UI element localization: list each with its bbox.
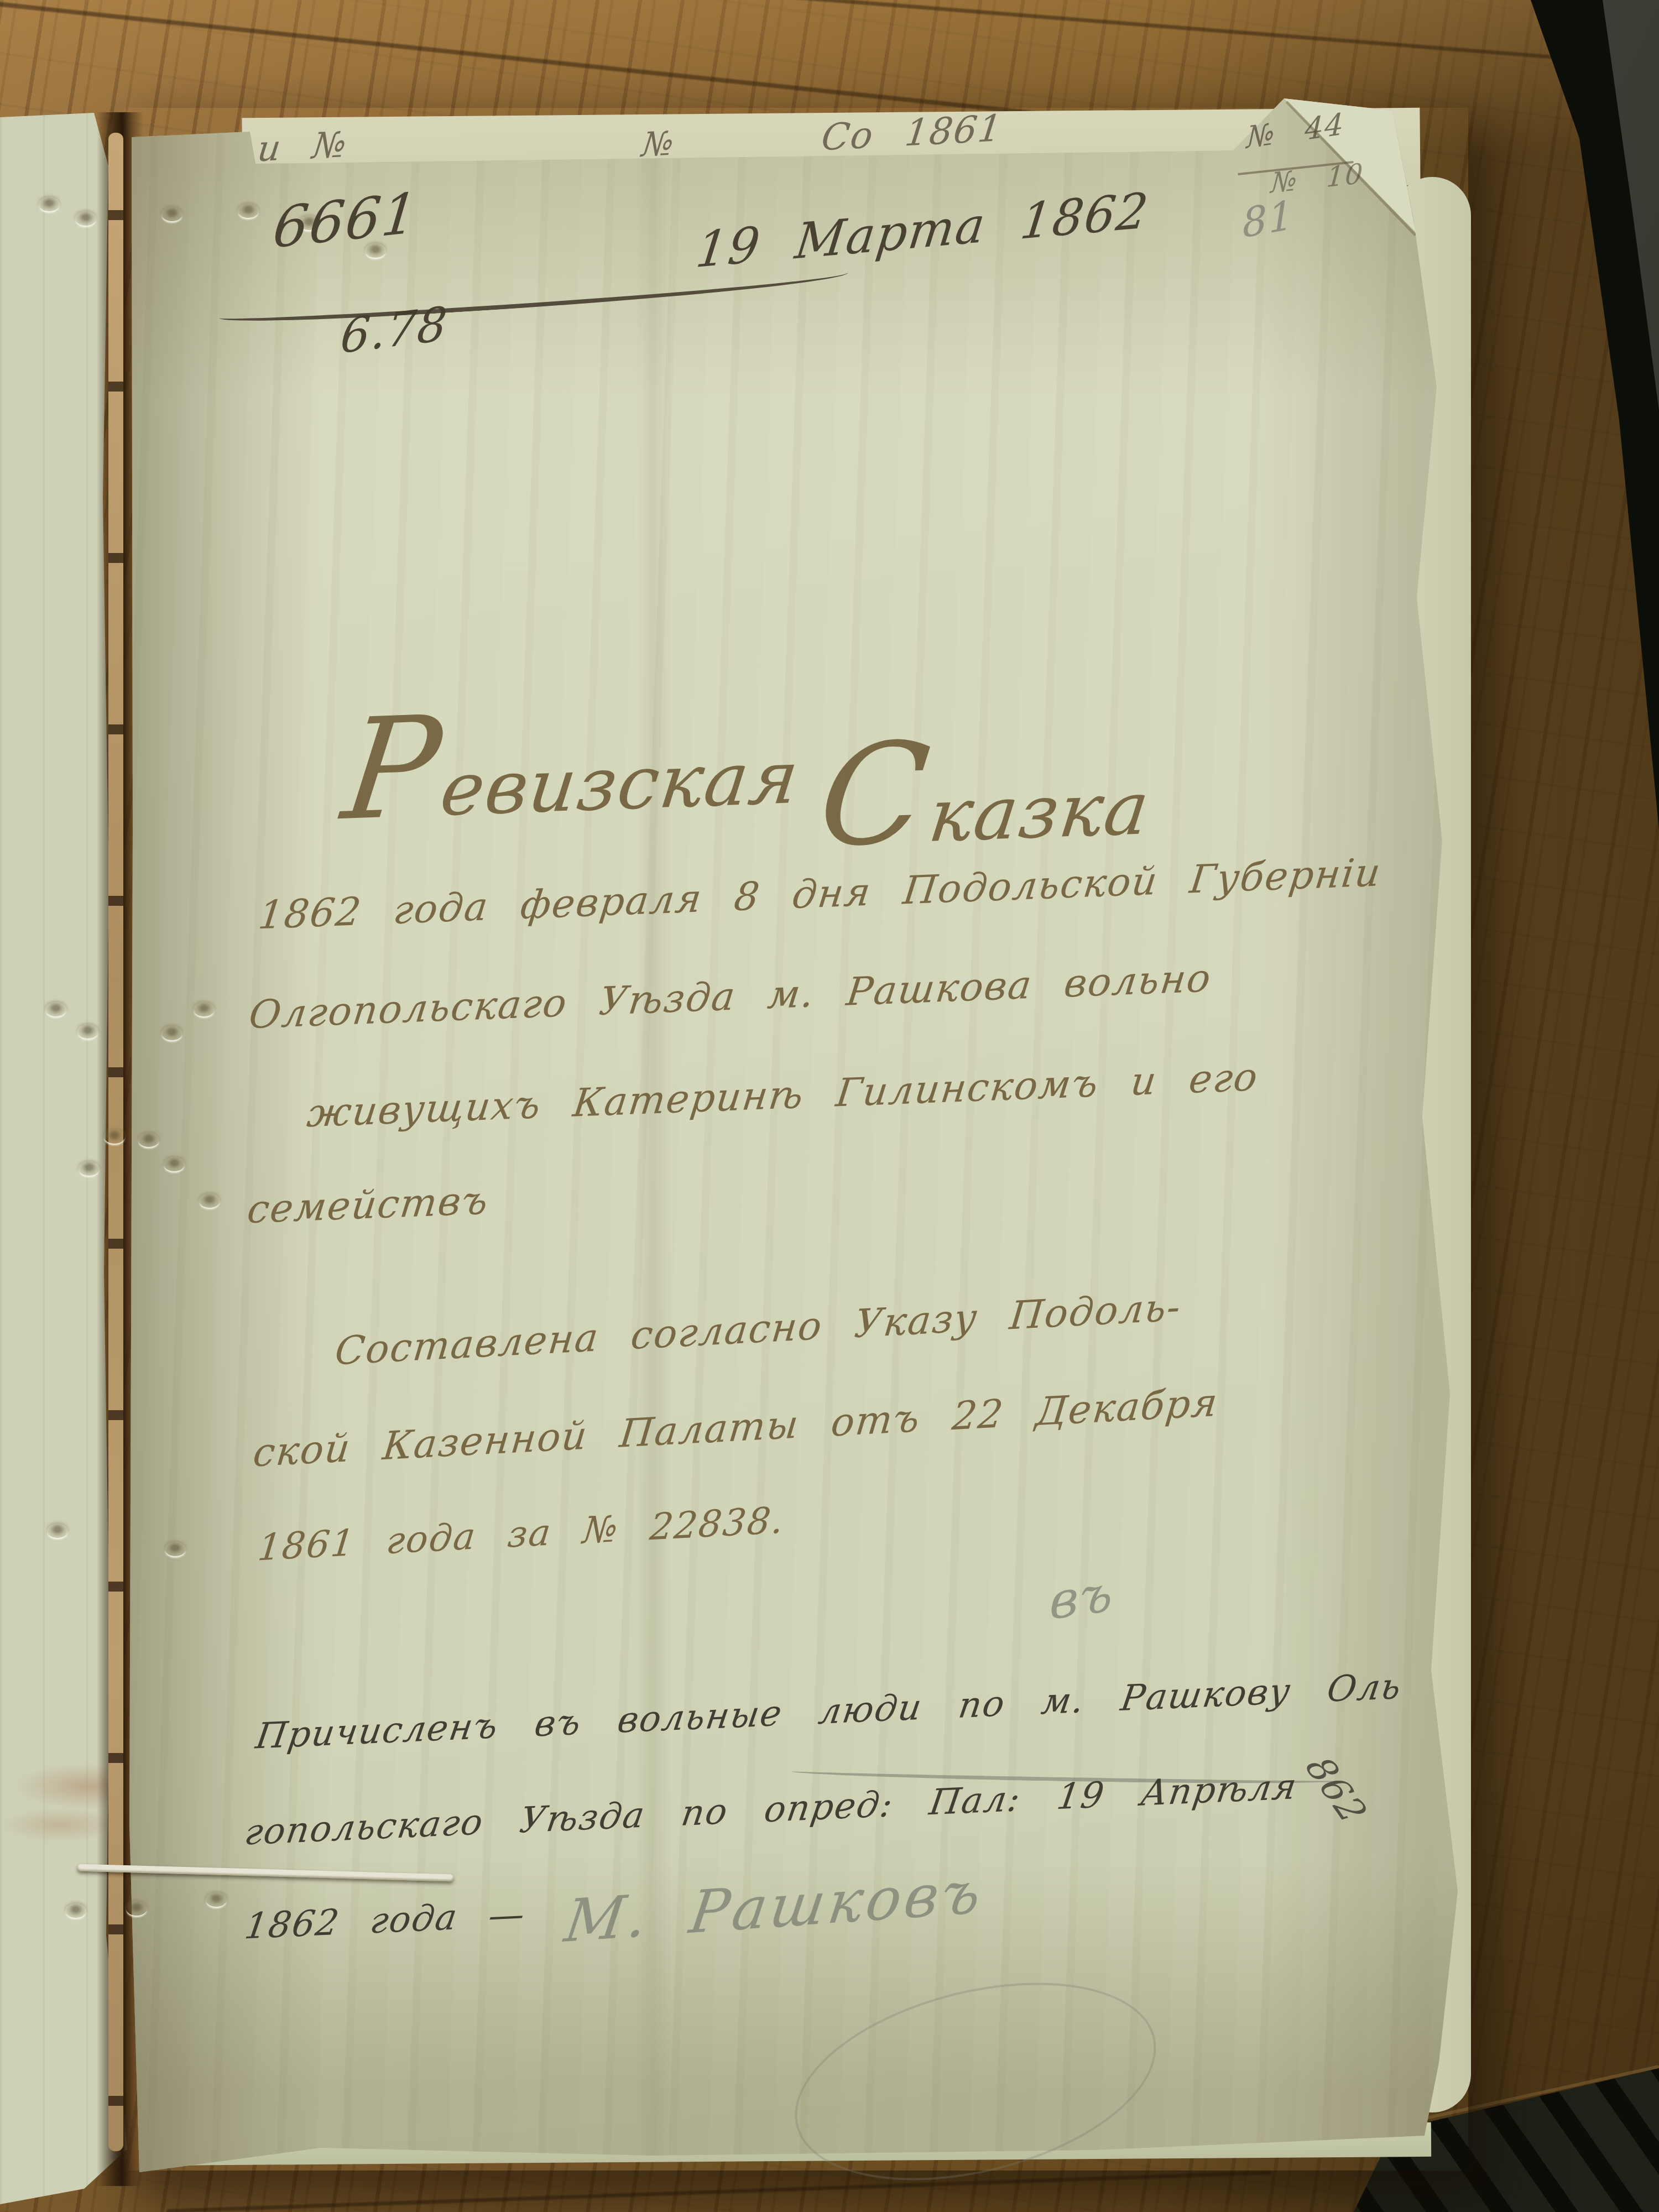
- stitch-hole: [238, 204, 259, 218]
- pencil-mark: въ: [1049, 1568, 1114, 1628]
- stitch-hole: [65, 1903, 86, 1918]
- edge-fragment-middle: №: [640, 127, 677, 162]
- title-word-2: Сказка: [812, 716, 1161, 867]
- paragraph1-line4: семействъ: [246, 1181, 491, 1229]
- corner-pencil-number: 81: [1241, 194, 1295, 243]
- stitch-hole: [161, 207, 182, 221]
- stitch-hole: [104, 1129, 125, 1144]
- stitch-hole: [161, 1026, 182, 1040]
- stitch-hole: [199, 1193, 220, 1208]
- edge-fragment-right: Со 1861: [820, 110, 1005, 156]
- stitch-hole: [75, 211, 96, 226]
- ledger-number-bottom: 6.78: [339, 300, 450, 360]
- stitch-hole: [165, 1542, 186, 1556]
- stitch-hole: [164, 1157, 185, 1171]
- title-word-1: Ревизская: [337, 685, 810, 841]
- stitch-hole: [77, 1024, 98, 1039]
- stitch-hole: [194, 1002, 215, 1016]
- stitch-hole: [45, 1002, 66, 1016]
- stitch-hole: [206, 1892, 227, 1907]
- stitch-hole: [79, 1161, 100, 1176]
- stitch-hole: [39, 197, 60, 211]
- stitch-hole: [138, 1133, 159, 1147]
- stitch-hole: [47, 1524, 68, 1538]
- ledger-number-top: 6661: [270, 185, 421, 257]
- edge-fragment-left: и №: [255, 127, 349, 168]
- stitch-hole: [126, 1901, 147, 1916]
